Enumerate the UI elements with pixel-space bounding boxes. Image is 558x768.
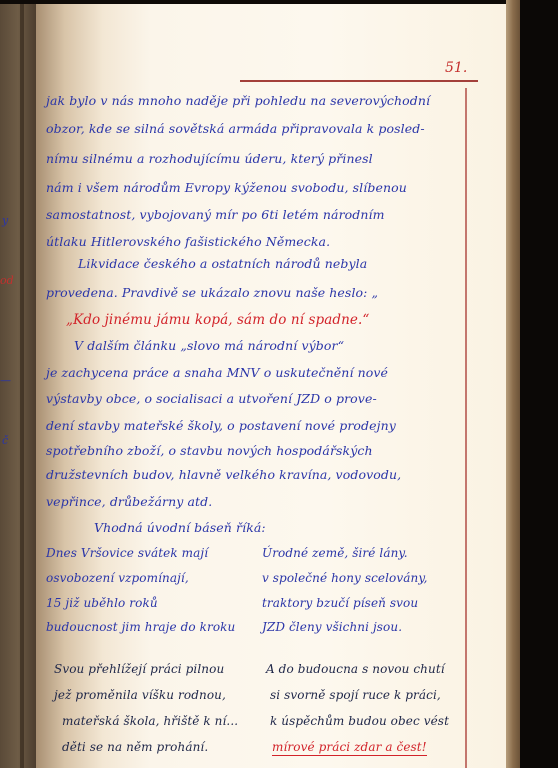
page-edge-right xyxy=(506,0,520,768)
text-line: útlaku Hitlerovského fašistického Německ… xyxy=(46,234,330,249)
poem-line: budoucnost jim hraje do kroku xyxy=(46,620,235,634)
poem-line: 15 již uběhlo roků xyxy=(46,596,158,610)
poem-line: traktory bzučí píseň svou xyxy=(262,596,418,610)
header-rule xyxy=(240,80,478,82)
right-margin-rule xyxy=(465,88,467,768)
poem-line: jež proměnila víšku rodnou, xyxy=(54,688,226,702)
text-line: samostatnost, vybojovaný mír po 6ti leté… xyxy=(46,207,385,222)
left-page-edge: y od — č xyxy=(0,4,36,768)
poem-line: osvobození vzpomínají, xyxy=(46,571,189,585)
poem-intro: Vhodná úvodní báseň říká: xyxy=(94,520,266,535)
poem-line: děti se na něm prohání. xyxy=(62,740,208,754)
poem-line: JZD členy všichni jsou. xyxy=(262,620,402,634)
text-line: V dalším článku „slovo má národní výbor“ xyxy=(74,338,344,353)
text-line: Likvidace českého a ostatních národů neb… xyxy=(78,256,367,271)
poem-line: A do budoucna s novou chutí xyxy=(266,662,445,676)
text-line: obzor, kde se silná sovětská armáda přip… xyxy=(46,121,425,136)
poem-line: mateřská škola, hřiště k ní... xyxy=(62,714,238,728)
page-number: 51. xyxy=(445,60,467,76)
left-page-fragment: y xyxy=(2,214,8,227)
text-line: výstavby obce, o socialisaci a utvoření … xyxy=(46,391,377,406)
motto: „Kdo jinému jámu kopá, sám do ní spadne.… xyxy=(66,312,369,328)
text-line: jak bylo v nás mnoho naděje při pohledu … xyxy=(46,93,430,108)
text-line: dení stavby mateřské školy, o postavení … xyxy=(46,418,396,433)
poem-line: k úspěchům budou obec vést xyxy=(270,714,449,728)
text-line: vepřince, drůbežárny atd. xyxy=(46,494,212,509)
left-page-fragment: č xyxy=(2,434,8,447)
text-line: spotřebního zboží, o stavbu nových hospo… xyxy=(46,443,373,458)
left-page-fragment: od xyxy=(0,274,14,287)
text-line: nímu silnému a rozhodujícímu úderu, kter… xyxy=(46,151,373,166)
background-right xyxy=(520,0,558,768)
book-gutter xyxy=(20,4,24,768)
text-line: provedena. Pravdivě se ukázalo znovu naš… xyxy=(46,285,378,300)
text-line: je zachycena práce a snaha MNV o uskuteč… xyxy=(46,365,388,380)
poem-line: Dnes Vršovice svátek mají xyxy=(46,546,208,560)
notebook-page xyxy=(36,4,514,768)
text-line: družstevních budov, hlavně velkého kraví… xyxy=(46,467,401,482)
poem-final-line: mírové práci zdar a čest! xyxy=(272,740,427,756)
poem-line: si svorně spojí ruce k práci, xyxy=(270,688,441,702)
poem-line: v společné hony scelovány, xyxy=(262,571,428,585)
text-line: nám i všem národům Evropy kýženou svobod… xyxy=(46,180,407,195)
poem-line: Úrodné země, širé lány. xyxy=(262,546,408,560)
poem-line: Svou přehlížejí práci pilnou xyxy=(54,662,224,676)
left-page-fragment: — xyxy=(0,374,11,387)
